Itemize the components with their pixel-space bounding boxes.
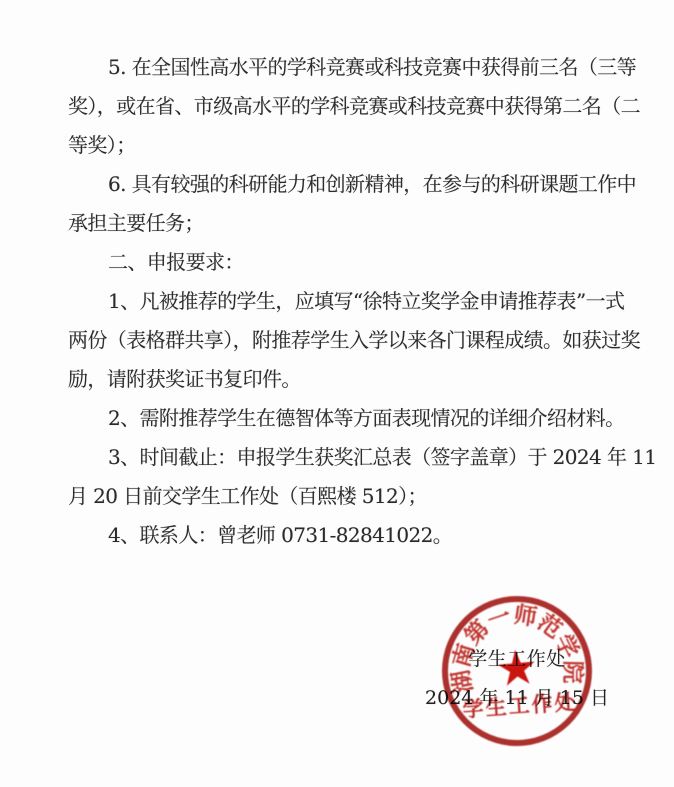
- official-seal: 湖 南 第 一 师 范 学 院 ★ 学生工作处: [436, 590, 599, 753]
- paragraph-line: 励，请附获奖证书复印件。: [68, 360, 630, 399]
- section-heading-line: 二、申报要求：: [68, 243, 630, 282]
- paragraph-line: 月 20 日前交学生工作处（百熙楼 512）；: [68, 477, 630, 516]
- paragraph-line: 3、时间截止：申报学生获奖汇总表（签字盖章）于 2024 年 11: [68, 438, 630, 477]
- star-icon: ★: [493, 643, 540, 695]
- paragraph-line: 两份（表格群共享），附推荐学生入学以来各门课程成绩。如获过奖: [68, 321, 630, 360]
- paragraph-line: 4、联系人：曾老师 0731-82841022。: [68, 516, 630, 555]
- paragraph-line: 承担主要任务；: [68, 204, 630, 243]
- document-body-text: 5. 在全国性高水平的学科竞赛或科技竞赛中获得前三名（三等 奖），或在省、市级高…: [68, 48, 630, 555]
- paragraph-line: 1、凡被推荐的学生，应填写“徐特立奖学金申请推荐表”一式: [68, 282, 630, 321]
- paragraph-line: 奖），或在省、市级高水平的学科竞赛或科技竞赛中获得第二名（二: [68, 87, 630, 126]
- paragraph-line: 等奖）；: [68, 126, 630, 165]
- seal-arc-char: 院: [559, 659, 585, 685]
- paragraph-line: 2、需附推荐学生在德智体等方面表现情况的详细介绍材料。: [68, 399, 630, 438]
- paragraph-line: 6. 具有较强的科研能力和创新精神，在参与的科研课题工作中: [68, 165, 630, 204]
- paragraph-line: 5. 在全国性高水平的学科竞赛或科技竞赛中获得前三名（三等: [68, 48, 630, 87]
